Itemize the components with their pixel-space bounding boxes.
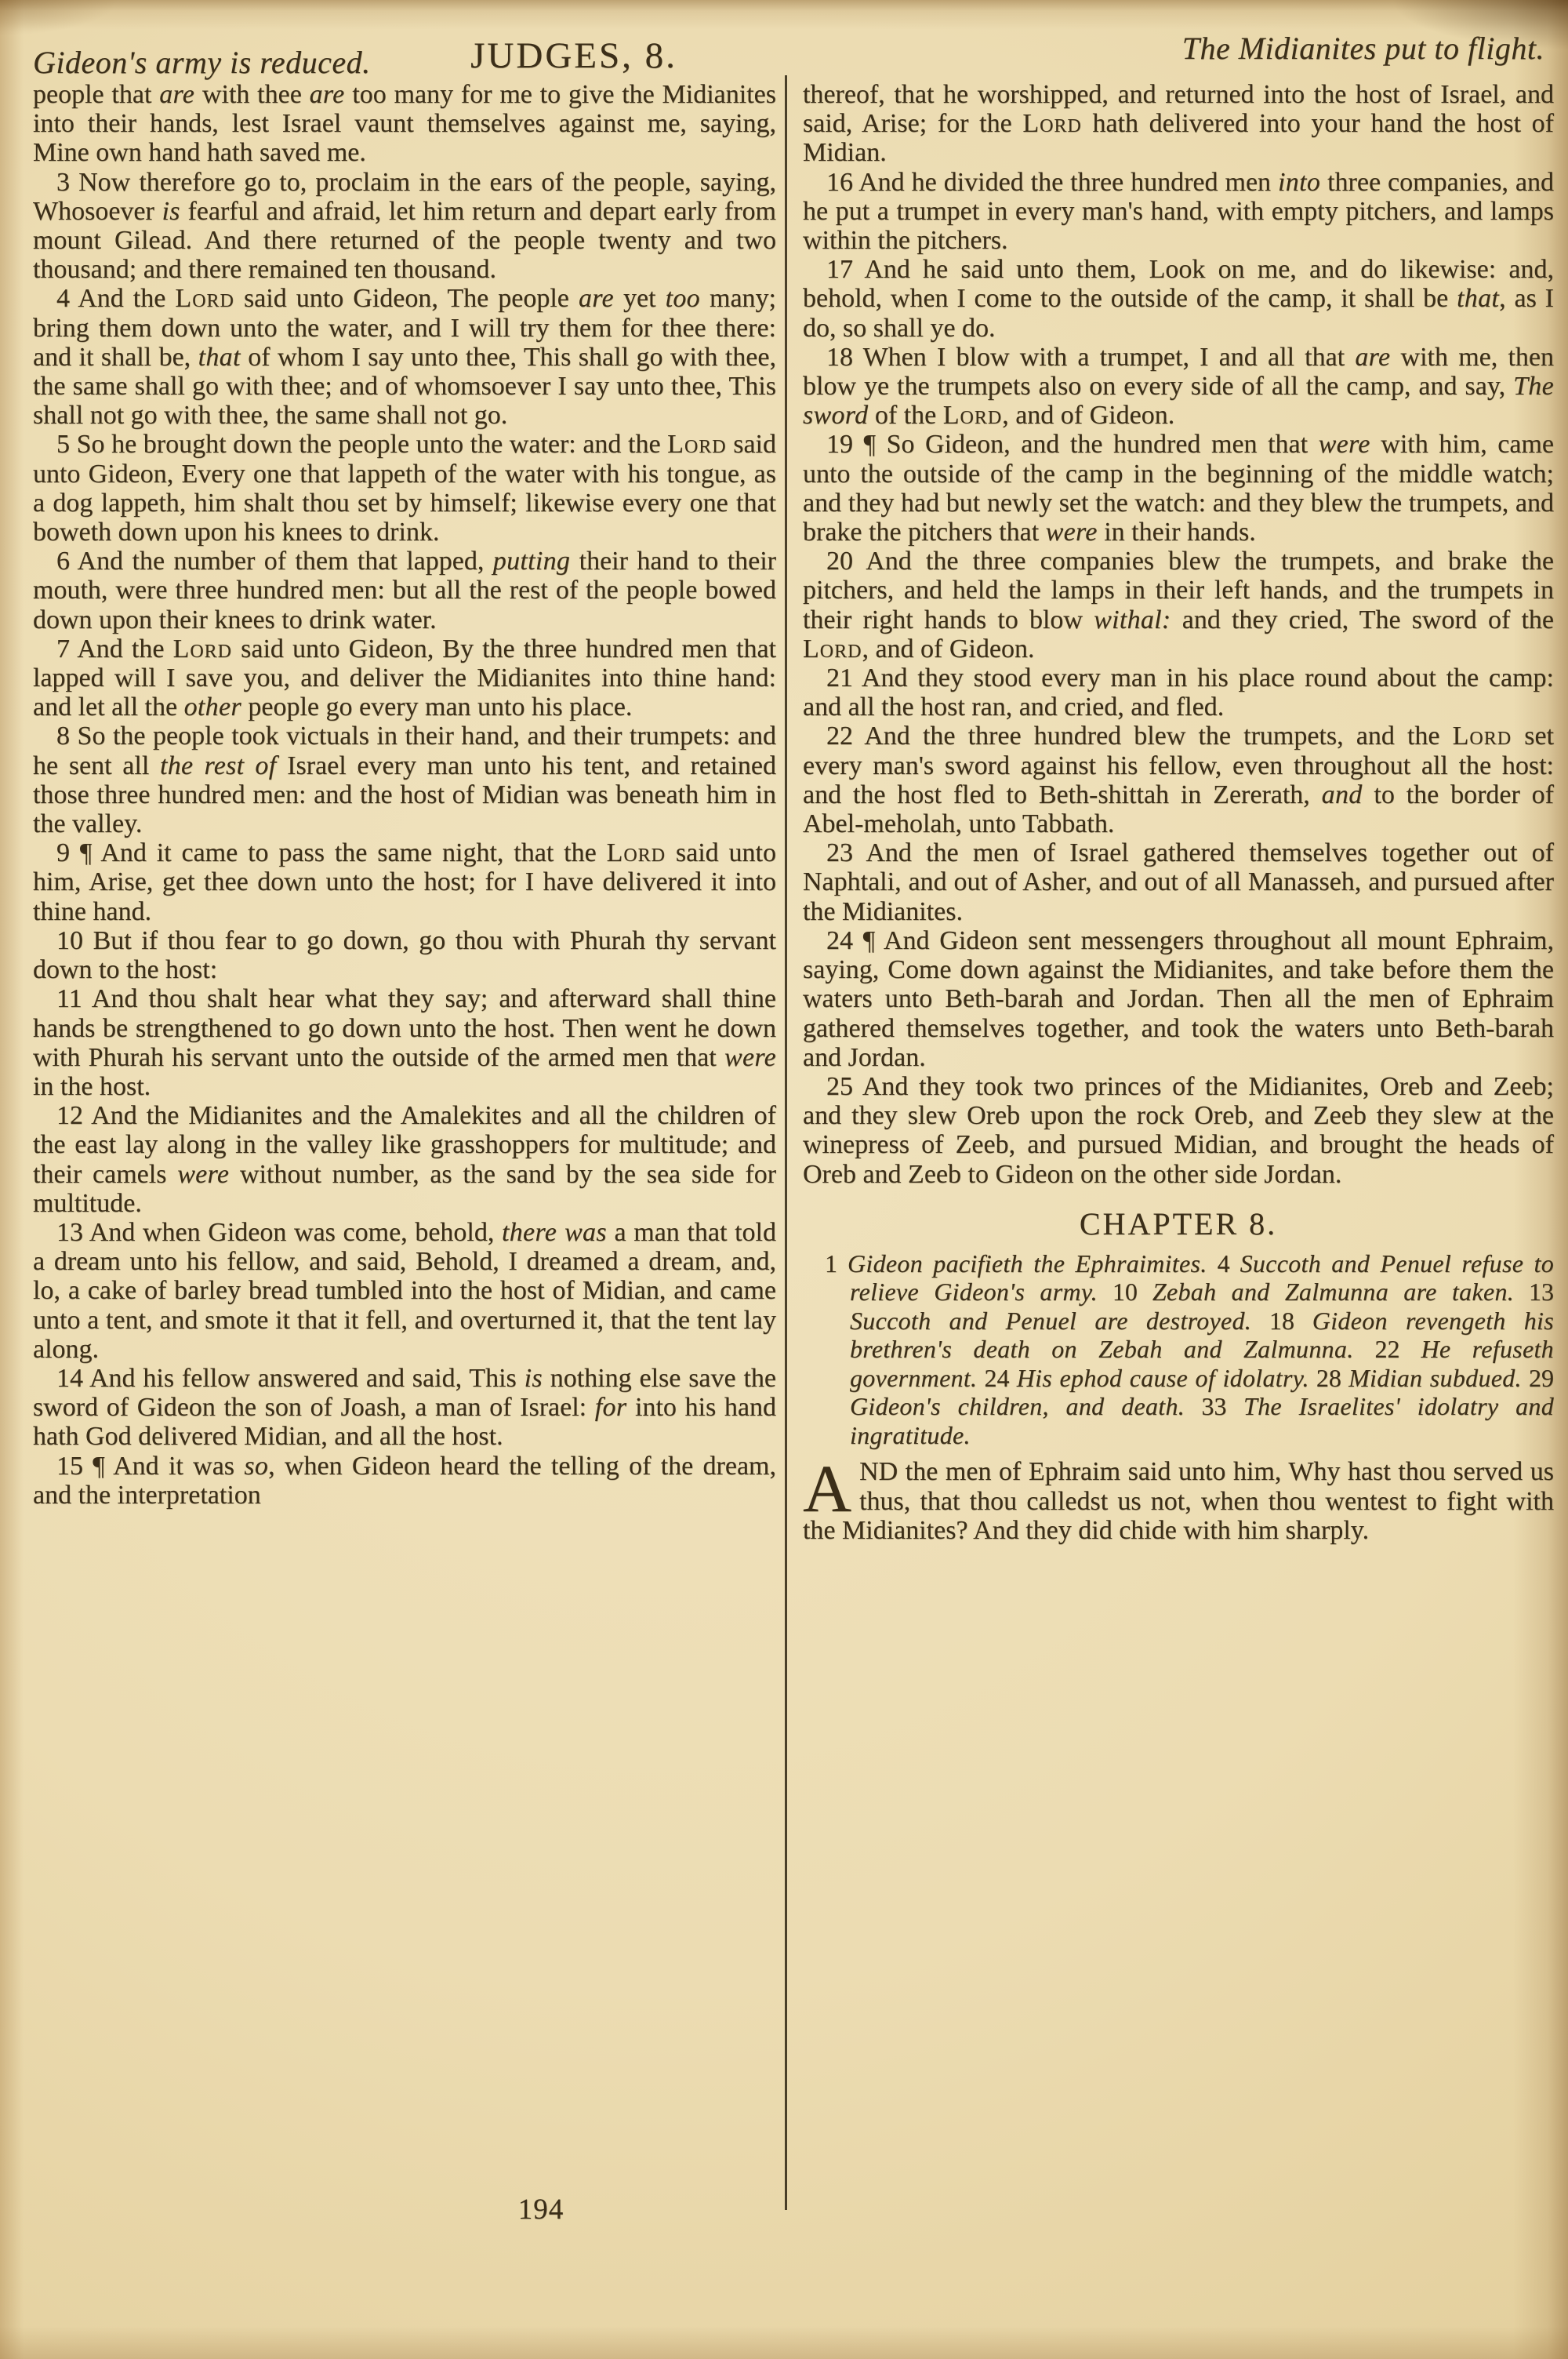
verse-paragraph: 7 And the Lord said unto Gideon, By the … (33, 634, 776, 722)
verse-paragraph: 12 And the Midianites and the Amalekites… (33, 1101, 776, 1218)
verse-paragraph: 9 ¶ And it came to pass the same night, … (33, 838, 776, 926)
verse-paragraph: 6 And the number of them that lapped, pu… (33, 547, 776, 634)
verse-paragraph: 3 Now therefore go to, proclaim in the e… (33, 168, 776, 285)
verse-paragraph: 25 And they took two princes of the Midi… (803, 1072, 1554, 1189)
verse-paragraph: thereof, that he worshipped, and returne… (803, 80, 1554, 168)
verse-paragraph: 21 And they stood every man in his place… (803, 663, 1554, 722)
chapter-summary: 1 Gideon pacifieth the Ephraimites. 4 Su… (803, 1249, 1554, 1450)
verse-paragraph: 8 So the people took victuals in their h… (33, 722, 776, 838)
verse-paragraph: 5 So he brought down the people unto the… (33, 430, 776, 547)
verse-paragraph: 10 But if thou fear to go down, go thou … (33, 926, 776, 984)
right-column-verses: thereof, that he worshipped, and returne… (803, 80, 1554, 1189)
verse-paragraph: 22 And the three hundred blew the trumpe… (803, 722, 1554, 838)
verse-paragraph: 24 ¶ And Gideon sent messengers througho… (803, 926, 1554, 1072)
verse-paragraph: 4 And the Lord said unto Gideon, The peo… (33, 284, 776, 430)
verse-paragraph: 16 And he divided the three hundred men … (803, 168, 1554, 256)
verse-paragraph: 11 And thou shalt hear what they say; an… (33, 984, 776, 1101)
verse-paragraph: 15 ¶ And it was so, when Gideon heard th… (33, 1452, 776, 1510)
chapter8-verse-1-text: ND the men of Ephraim said unto him, Why… (803, 1457, 1554, 1544)
verse-paragraph: 13 And when Gideon was come, behold, the… (33, 1218, 776, 1364)
verse-paragraph: people that are with thee are too many f… (33, 80, 776, 168)
running-head-right: The Midianites put to flight. (1182, 30, 1544, 67)
right-column: thereof, that he worshipped, and returne… (803, 80, 1554, 1545)
bible-page-scan: Gideon's army is reduced. JUDGES, 8. The… (0, 0, 1568, 2359)
page-number: 194 (439, 2193, 643, 2226)
running-head-left: Gideon's army is reduced. (33, 44, 371, 81)
running-head: Gideon's army is reduced. JUDGES, 8. The… (33, 30, 1552, 85)
verse-paragraph: 23 And the men of Israel gathered themse… (803, 838, 1554, 926)
running-head-center: JUDGES, 8. (339, 35, 809, 77)
chapter8-verse-1: AND the men of Ephraim said unto him, Wh… (803, 1457, 1554, 1545)
chapter-heading: CHAPTER 8. (803, 1209, 1554, 1238)
drop-cap-letter: A (803, 1457, 859, 1515)
verse-paragraph: 20 And the three companies blew the trum… (803, 547, 1554, 663)
left-column: people that are with thee are too many f… (33, 80, 776, 1510)
column-divider-rule (785, 75, 787, 2210)
verse-paragraph: 19 ¶ So Gideon, and the hundred men that… (803, 430, 1554, 547)
verse-paragraph: 14 And his fellow answered and said, Thi… (33, 1364, 776, 1452)
verse-paragraph: 18 When I blow with a trumpet, I and all… (803, 343, 1554, 431)
verse-paragraph: 17 And he said unto them, Look on me, an… (803, 255, 1554, 343)
